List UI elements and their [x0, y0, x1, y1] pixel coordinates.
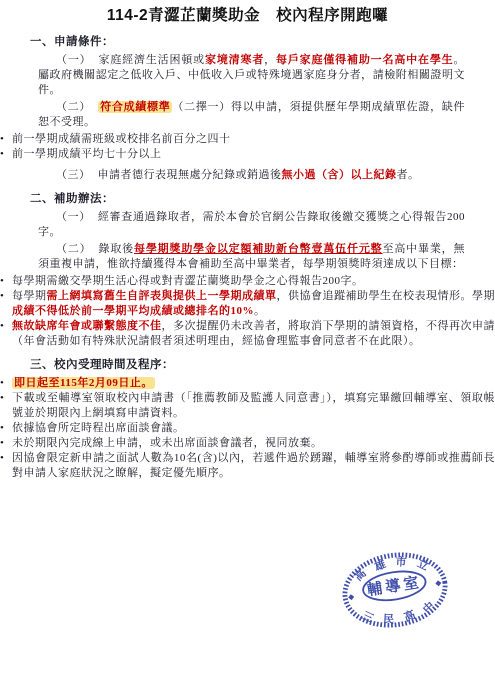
emphasis-text: 成績不得低於前一學期平均成績或總排名的10% — [12, 305, 254, 317]
stamp-arc-char: 民 — [383, 612, 395, 627]
list-item: 下載或至輔導室領取校內申請書（「推薦教師及監護人同意書」），填寫完畢繳回輔導室、… — [0, 391, 495, 421]
stamp-seal-icon: 輔導室 高 雄 市 立 三 民 高 中 ◆ ◆ — [332, 541, 458, 639]
body-text: 因協會限定新申請之面試人數為10名(含)以內，若遞件過於踴躍，輔導室將參酌導師或… — [12, 452, 495, 479]
body-text: 申請者德行表現無處分紀錄或銷過後 — [98, 169, 282, 181]
stamp-left-diamond-icon: ◆ — [347, 592, 355, 602]
body-text: ，供協會追蹤補助學生在校表現情形。學期 — [277, 290, 495, 302]
item-label: （一） — [56, 54, 92, 66]
body-text: 錄取後 — [99, 243, 135, 255]
stamp-right-diamond-icon: ◆ — [434, 578, 442, 588]
body-text: 下載或至輔導室領取校內申請書（「推薦教師及監護人同意書」），填寫完畢繳回輔導室、… — [12, 392, 495, 419]
stamp-arc-char: 中 — [420, 598, 438, 616]
section-heading-subsidy-method: 二、補助辦法： — [30, 192, 465, 207]
underlined-emphasis-text: 每學期獎助學金以定額補助新台幣壹萬伍仟元整 — [134, 243, 383, 255]
body-text: ， — [264, 54, 276, 66]
list-item: 依據協會所定時程出席面談會議。 — [0, 421, 495, 436]
document-page: 114-2青澀芷蘭獎助金 校內程序開跑囉 一、申請條件： （一）家庭經濟生活困頓… — [0, 0, 495, 700]
stamp-arc-char: 市 — [395, 554, 407, 569]
list-item: 因協會限定新申請之面試人數為10名(含)以內，若遞件過於踴躍，輔導室將參酌導師或… — [0, 451, 495, 481]
emphasis-text: 無故缺席年會或聯繫態度不佳 — [12, 320, 162, 332]
body-text: 。 — [254, 305, 266, 317]
stamp-arc-char: 高 — [351, 566, 369, 584]
emphasis-text: 每戶家庭僅得補助一名高中在學生 — [276, 54, 454, 66]
body-text: 家庭經濟生活困頓或 — [99, 54, 206, 66]
grade-criteria-list: 前一學期成績需班級或校排名前百分之四十 前一學期成績平均七十分以上 — [0, 132, 495, 162]
list-item: 前一學期成績需班級或校排名前百分之四十 — [0, 132, 495, 147]
body-text: 每學期需繳交學期生活心得或對青澀芷蘭獎助學金之心得報告200字。 — [12, 275, 364, 287]
procedure-list: 即日起至115年2月09日止。 下載或至輔導室領取校內申請書（「推薦教師及監護人… — [0, 376, 495, 481]
list-item: 前一學期成績平均七十分以上 — [0, 147, 495, 162]
stamp-arc-char: 高 — [402, 607, 418, 624]
subsidy-item-2: （二）錄取後每學期獎助學金以定額補助新台幣壹萬伍仟元整至高中畢業，無須重複申請，… — [38, 242, 465, 272]
list-item: 每學期需上網填寫舊生自評表與提供上一學期成績單，供協會追蹤補助學生在校表現情形。… — [0, 289, 495, 319]
subsidy-item-1: （一）經審查通過錄取者，需於本會於官網公告錄取後繳交獲獎之心得報告200字。 — [38, 210, 465, 240]
body-text: 未於期限內完成線上申請，或未出席面談會議者，視同放棄。 — [12, 437, 323, 449]
subsidy-goal-list: 每學期需繳交學期生活心得或對青澀芷蘭獎助學金之心得報告200字。 每學期需上網填… — [0, 274, 495, 349]
section-heading-application-conditions: 一、申請條件： — [30, 35, 465, 50]
emphasis-text: 需上網填寫舊生自評表與提供上一學期成績單 — [47, 290, 277, 302]
counseling-office-stamp: 輔導室 高 雄 市 立 三 民 高 中 ◆ ◆ — [332, 541, 458, 639]
body-text: 每學期 — [12, 290, 47, 302]
list-item: 無故缺席年會或聯繫態度不佳，多次提醒仍未改善者，將取消下學期的請領資格，不得再次… — [0, 319, 495, 349]
emphasis-text: 無小過（含）以上紀錄 — [282, 169, 397, 181]
body-text: 經審查通過錄取者，需於本會於官網公告錄取後繳交獲獎之心得報告200字。 — [38, 211, 465, 238]
stamp-arc-char: 立 — [415, 556, 432, 574]
condition-item-3: （三）申請者德行表現無處分紀錄或銷過後無小過（含）以上紀錄者。 — [38, 168, 465, 183]
page-title: 114-2青澀芷蘭獎助金 校內程序開跑囉 — [0, 0, 495, 26]
highlighted-emphasis-text: 符合成績標準 — [98, 101, 172, 113]
condition-item-1: （一）家庭經濟生活困頓或家境清寒者，每戶家庭僅得補助一名高中在學生。屬政府機關認… — [38, 53, 465, 98]
list-item: 即日起至115年2月09日止。 — [0, 376, 495, 391]
body-text: 依據協會所定時程出席面談會議。 — [12, 422, 185, 434]
section-heading-school-procedure: 三、校內受理時間及程序： — [30, 358, 465, 373]
item-label: （三） — [56, 169, 91, 181]
item-label: （二） — [56, 101, 91, 113]
highlighted-deadline-text: 即日起至115年2月09日止。 — [12, 377, 155, 389]
body-text: 者。 — [397, 169, 420, 181]
list-item: 每學期需繳交學期生活心得或對青澀芷蘭獎助學金之心得報告200字。 — [0, 274, 495, 289]
list-item: 未於期限內完成線上申請，或未出席面談會議者，視同放棄。 — [0, 436, 495, 451]
item-label: （二） — [56, 243, 92, 255]
item-label: （一） — [56, 211, 91, 223]
emphasis-text: 家境清寒者 — [205, 54, 264, 66]
condition-item-2: （二）符合成績標準（二擇一）得以申請，須提供歷年學期成績單佐證，缺件恕不受理。 — [38, 100, 465, 130]
